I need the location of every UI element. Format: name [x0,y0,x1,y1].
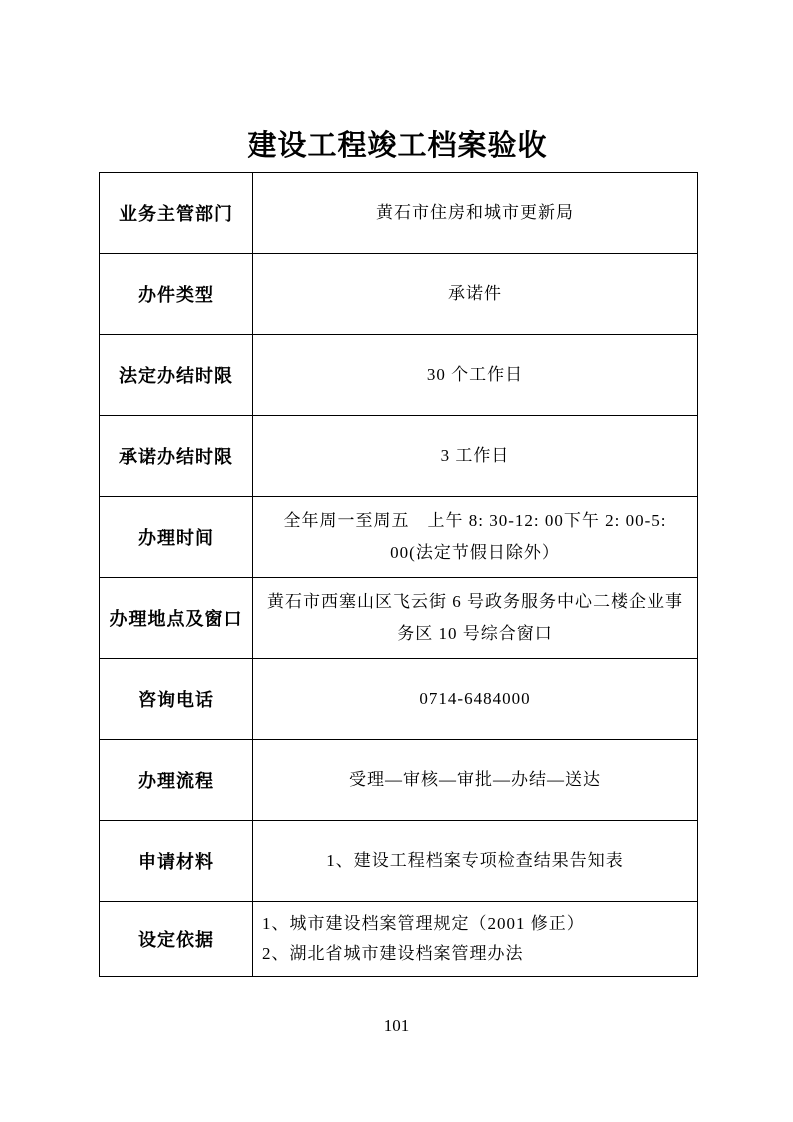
table-row: 承诺办结时限 3 工作日 [100,416,697,497]
row-label-location-window: 办理地点及窗口 [100,578,253,658]
table-row: 办理时间 全年周一至周五 上午 8: 30-12: 00下午 2: 00-5: … [100,497,697,578]
table-row: 法定办结时限 30 个工作日 [100,335,697,416]
row-label-legal-basis: 设定依据 [100,902,253,976]
table-row: 业务主管部门 黄石市住房和城市更新局 [100,173,697,254]
row-value-application-materials: 1、建设工程档案专项检查结果告知表 [253,821,697,901]
row-value-item-type: 承诺件 [253,254,697,334]
legal-basis-line-1: 1、城市建设档案管理规定（2001 修正） [262,909,585,939]
row-label-process: 办理流程 [100,740,253,820]
table-row: 办理地点及窗口 黄石市西塞山区飞云街 6 号政务服务中心二楼企业事务区 10 号… [100,578,697,659]
service-info-table: 业务主管部门 黄石市住房和城市更新局 办件类型 承诺件 法定办结时限 30 个工… [99,172,698,977]
table-row: 设定依据 1、城市建设档案管理规定（2001 修正） 2、湖北省城市建设档案管理… [100,902,697,976]
row-value-statutory-time-limit: 30 个工作日 [253,335,697,415]
row-value-process: 受理—审核—审批—办结—送达 [253,740,697,820]
table-row: 办件类型 承诺件 [100,254,697,335]
table-row: 申请材料 1、建设工程档案专项检查结果告知表 [100,821,697,902]
row-value-promised-time-limit: 3 工作日 [253,416,697,496]
row-value-department: 黄石市住房和城市更新局 [253,173,697,253]
row-label-promised-time-limit: 承诺办结时限 [100,416,253,496]
row-value-location-window: 黄石市西塞山区飞云街 6 号政务服务中心二楼企业事务区 10 号综合窗口 [253,578,697,658]
row-value-legal-basis: 1、城市建设档案管理规定（2001 修正） 2、湖北省城市建设档案管理办法 [253,902,697,976]
row-label-phone: 咨询电话 [100,659,253,739]
row-label-office-hours: 办理时间 [100,497,253,577]
document-page: 建设工程竣工档案验收 业务主管部门 黄石市住房和城市更新局 办件类型 承诺件 法… [0,0,793,1122]
row-value-office-hours: 全年周一至周五 上午 8: 30-12: 00下午 2: 00-5: 00(法定… [253,497,697,577]
page-number: 101 [0,1015,793,1037]
row-label-department: 业务主管部门 [100,173,253,253]
table-row: 办理流程 受理—审核—审批—办结—送达 [100,740,697,821]
row-label-statutory-time-limit: 法定办结时限 [100,335,253,415]
row-label-application-materials: 申请材料 [100,821,253,901]
row-value-phone: 0714-6484000 [253,659,697,739]
legal-basis-line-2: 2、湖北省城市建设档案管理办法 [262,939,524,969]
page-title: 建设工程竣工档案验收 [98,0,697,165]
row-label-item-type: 办件类型 [100,254,253,334]
table-row: 咨询电话 0714-6484000 [100,659,697,740]
